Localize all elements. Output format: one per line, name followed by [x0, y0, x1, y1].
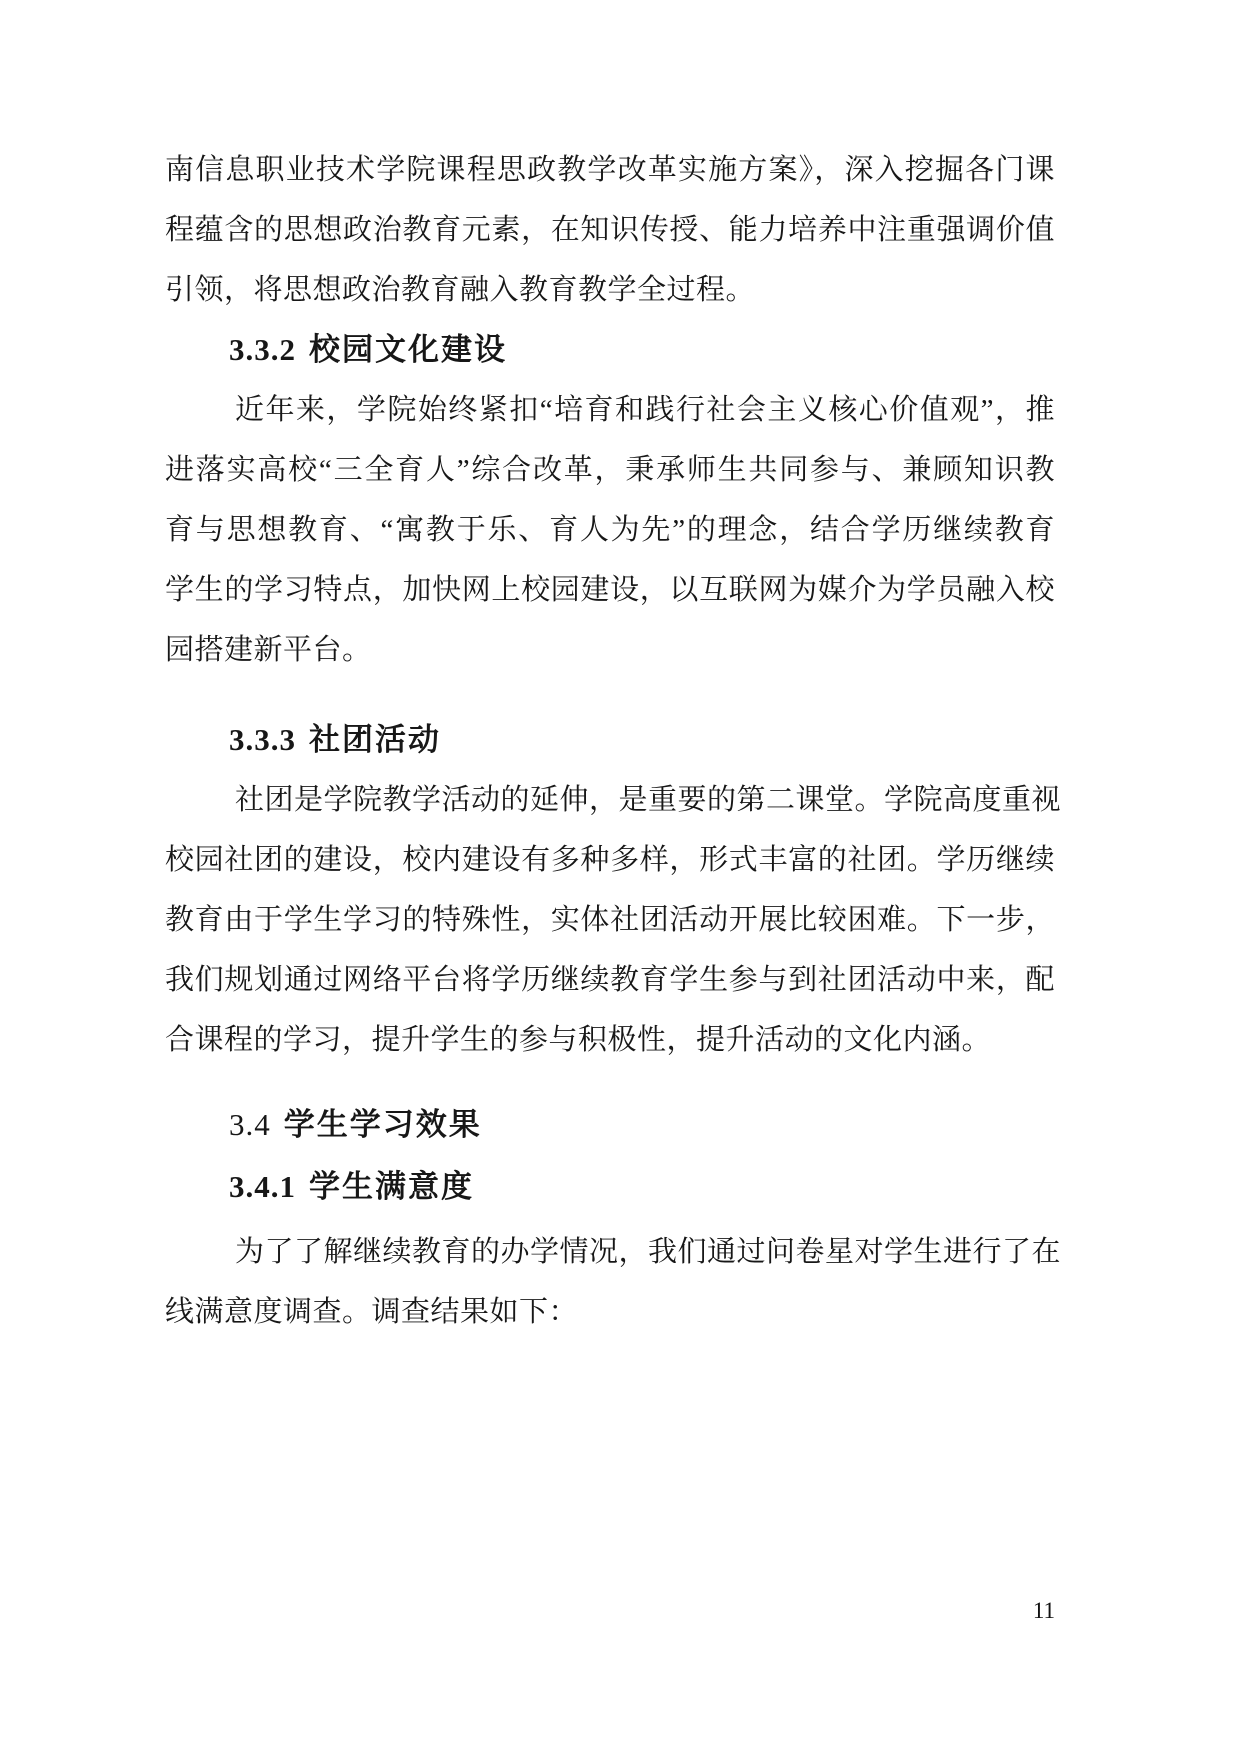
section-heading-campus-culture: 3.3.2校园文化建设 [165, 320, 1055, 380]
section-heading-learning-outcomes: 3.4学生学习效果 [165, 1095, 1055, 1155]
text-line: 引领，将思想政治教育融入教育教学全过程。 [165, 260, 1055, 320]
heading-number: 3.4.1 [229, 1169, 296, 1204]
heading-title: 学生学习效果 [284, 1107, 482, 1142]
text-line: 线满意度调查。调查结果如下： [165, 1282, 1055, 1342]
section-heading-student-satisfaction: 3.4.1学生满意度 [165, 1157, 1055, 1217]
text-line: 教育由于学生学习的特殊性，实体社团活动开展比较困难。下一步， [165, 890, 1055, 950]
text-line: 近年来，学院始终紧扣“培育和践行社会主义核心价值观”，推 [165, 380, 1055, 440]
page-number: 11 [165, 1596, 1055, 1626]
document-body: 南信息职业技术学院课程思政教学改革实施方案》，深入挖掘各门课 程蕴含的思想政治教… [165, 140, 1055, 1342]
text-line: 为了了解继续教育的办学情况，我们通过问卷星对学生进行了在 [165, 1222, 1055, 1282]
text-line: 校园社团的建设，校内建设有多种多样，形式丰富的社团。学历继续 [165, 830, 1055, 890]
section-heading-club-activities: 3.3.3社团活动 [165, 710, 1055, 770]
document-page: 南信息职业技术学院课程思政教学改革实施方案》，深入挖掘各门课 程蕴含的思想政治教… [0, 0, 1240, 1754]
text-line: 合课程的学习，提升学生的参与积极性，提升活动的文化内涵。 [165, 1010, 1055, 1070]
heading-number: 3.4 [229, 1107, 271, 1142]
text-line: 学生的学习特点，加快网上校园建设，以互联网为媒介为学员融入校 [165, 560, 1055, 620]
paragraph-ideology-education: 南信息职业技术学院课程思政教学改革实施方案》，深入挖掘各门课 程蕴含的思想政治教… [165, 140, 1055, 320]
heading-title: 社团活动 [309, 722, 441, 757]
paragraph-satisfaction-survey: 为了了解继续教育的办学情况，我们通过问卷星对学生进行了在 线满意度调查。调查结果… [165, 1222, 1055, 1342]
text-line: 社团是学院教学活动的延伸，是重要的第二课堂。学院高度重视 [165, 770, 1055, 830]
heading-title: 学生满意度 [309, 1169, 474, 1204]
text-line: 园搭建新平台。 [165, 620, 1055, 680]
text-line: 进落实高校“三全育人”综合改革，秉承师生共同参与、兼顾知识教 [165, 440, 1055, 500]
heading-number: 3.3.2 [229, 332, 296, 367]
paragraph-campus-culture: 近年来，学院始终紧扣“培育和践行社会主义核心价值观”，推 进落实高校“三全育人”… [165, 380, 1055, 680]
text-line: 育与思想教育、“寓教于乐、育人为先”的理念，结合学历继续教育 [165, 500, 1055, 560]
text-line: 程蕴含的思想政治教育元素，在知识传授、能力培养中注重强调价值 [165, 200, 1055, 260]
text-line: 我们规划通过网络平台将学历继续教育学生参与到社团活动中来，配 [165, 950, 1055, 1010]
heading-title: 校园文化建设 [309, 332, 507, 367]
paragraph-club-activities: 社团是学院教学活动的延伸，是重要的第二课堂。学院高度重视 校园社团的建设，校内建… [165, 770, 1055, 1070]
heading-number: 3.3.3 [229, 722, 296, 757]
text-line: 南信息职业技术学院课程思政教学改革实施方案》，深入挖掘各门课 [165, 140, 1055, 200]
